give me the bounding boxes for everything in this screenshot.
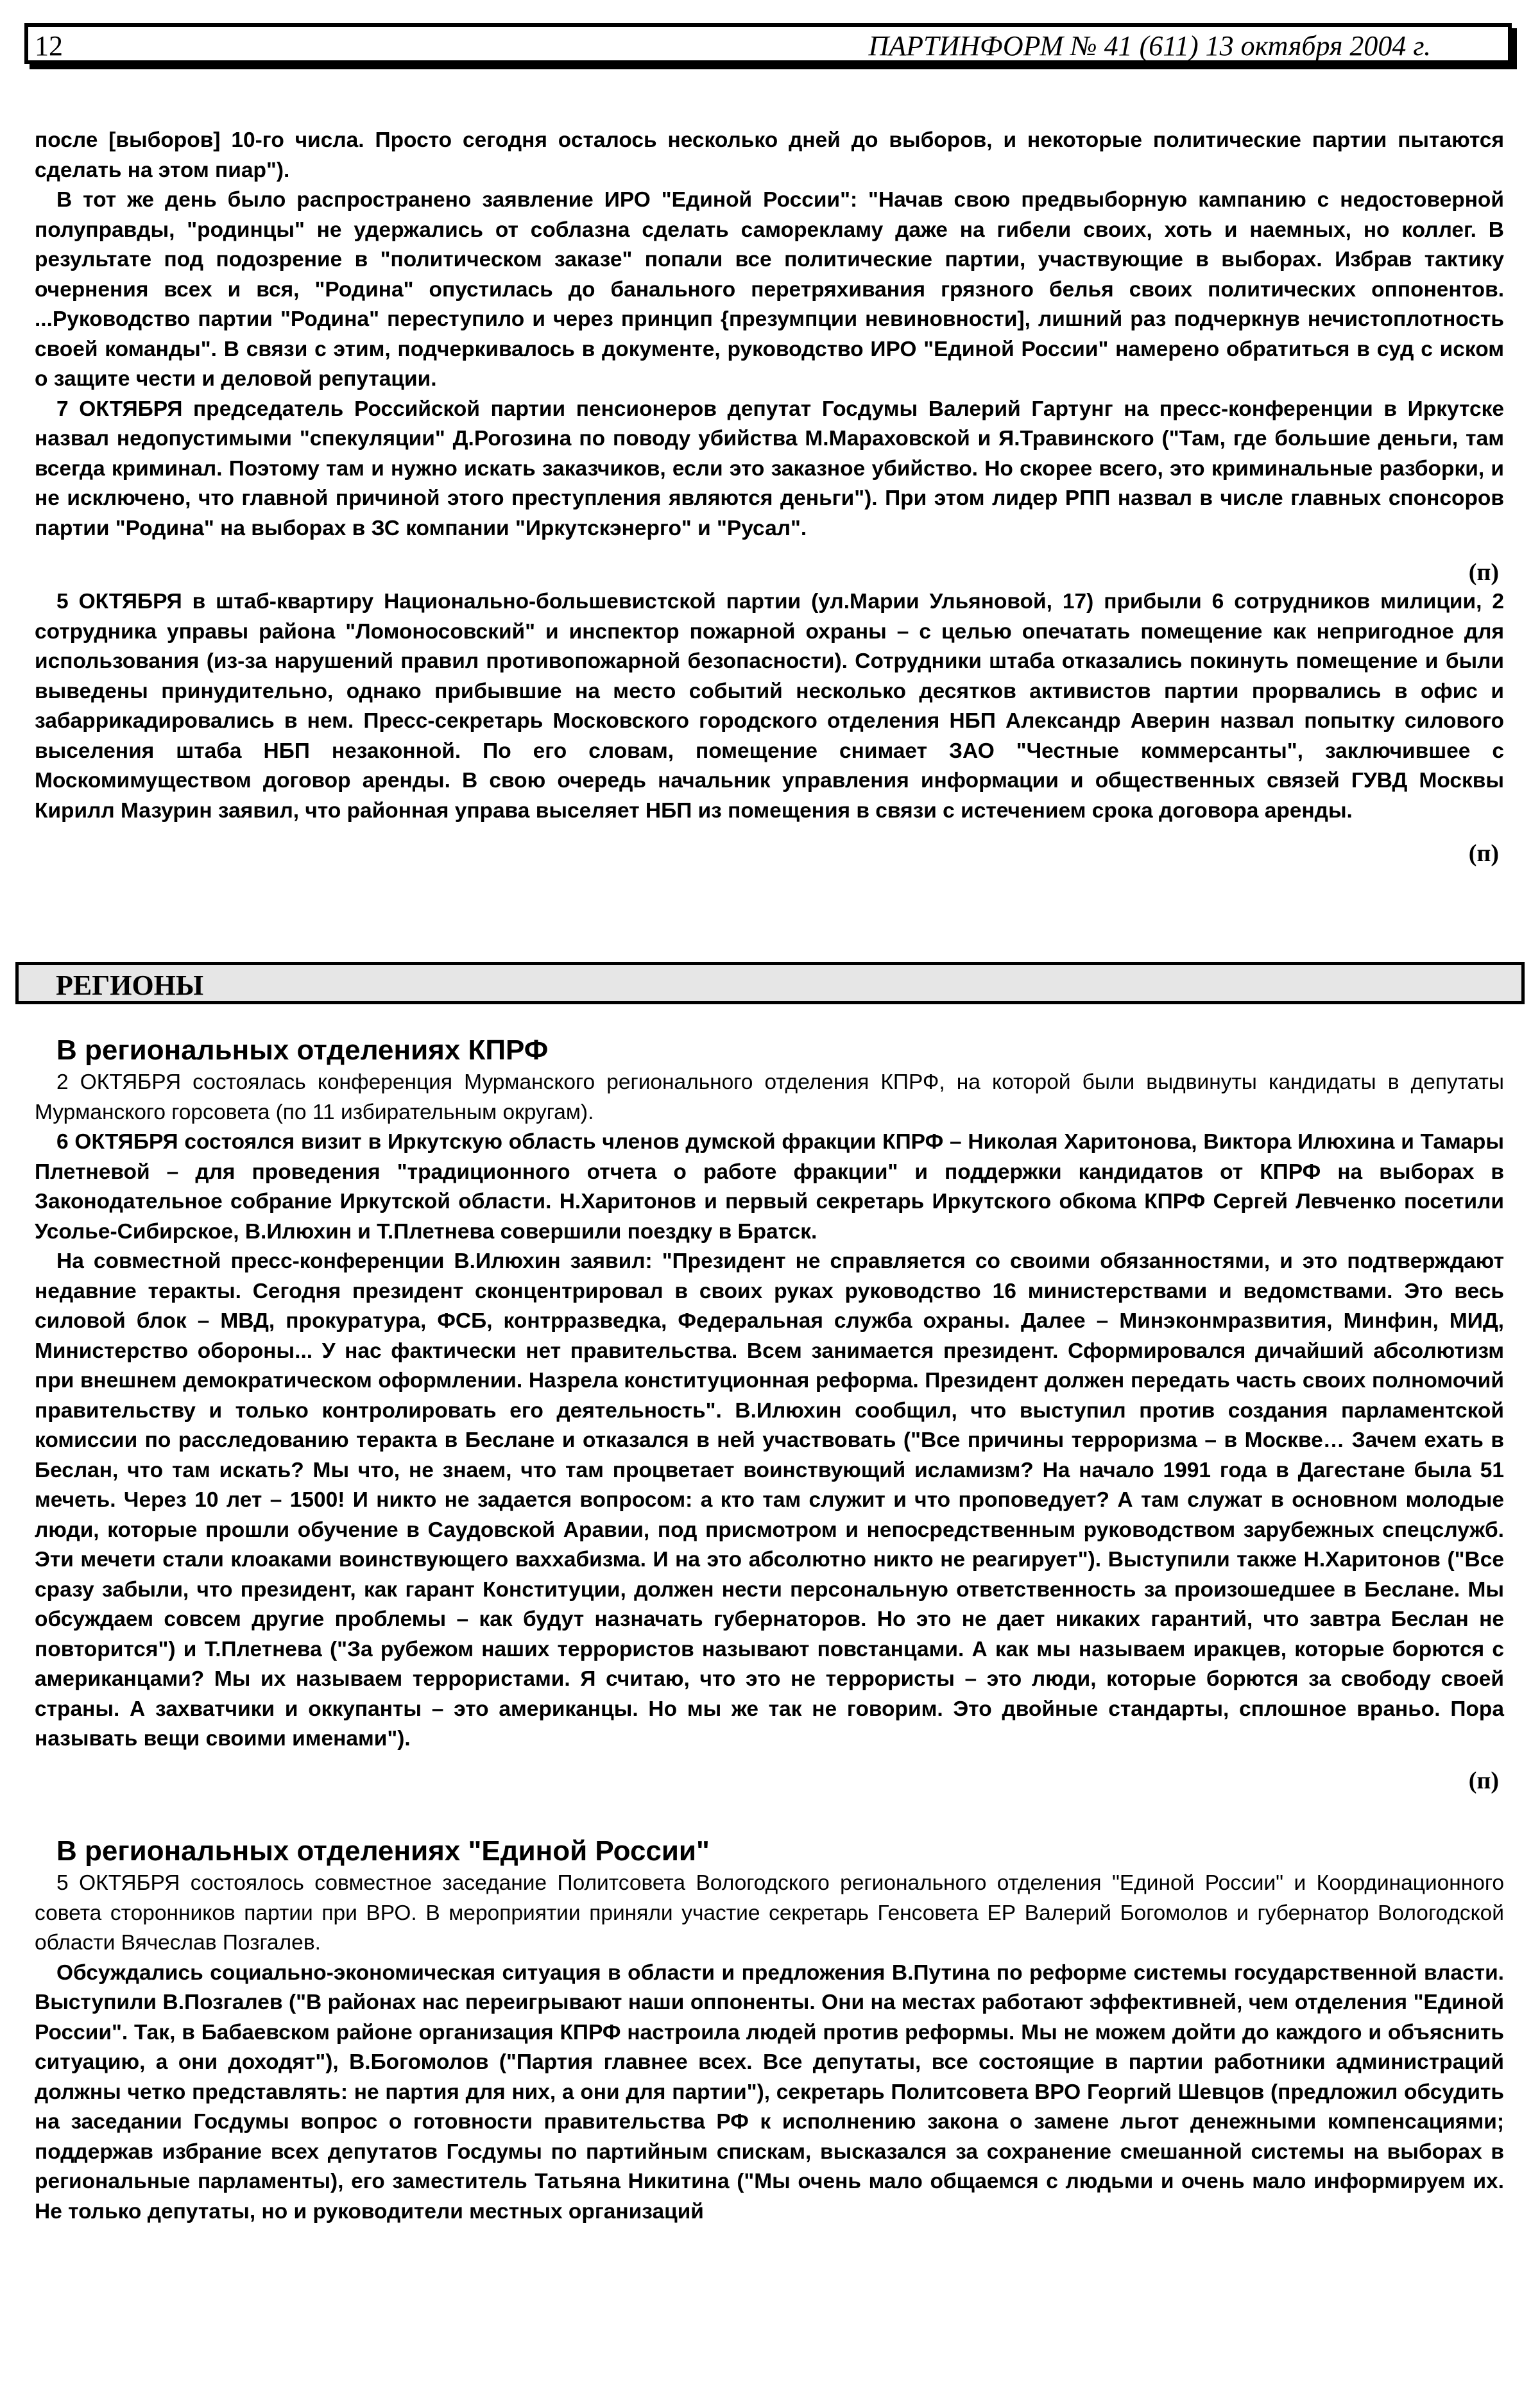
signature: (п) bbox=[35, 1766, 1504, 1795]
paragraph: Обсуждались социально-экономическая ситу… bbox=[35, 1958, 1504, 2227]
article-kprf: В региональных отделениях КПРФ 2 ОКТЯБРЯ… bbox=[35, 1033, 1504, 1795]
paragraph: На совместной пресс-конференции В.Илюхин… bbox=[35, 1247, 1504, 1754]
section-header-regions: РЕГИОНЫ bbox=[15, 962, 1525, 1004]
paragraph: после [выборов] 10-го числа. Просто сего… bbox=[35, 126, 1504, 185]
masthead: ПАРТИНФОРМ № 41 (611) 13 октября 2004 г. bbox=[868, 30, 1431, 63]
page-header: 12 ПАРТИНФОРМ № 41 (611) 13 октября 2004… bbox=[24, 23, 1512, 64]
article-er: В региональных отделениях "Единой России… bbox=[35, 1834, 1504, 2227]
paragraph: 7 ОКТЯБРЯ председатель Российской партии… bbox=[35, 395, 1504, 544]
paragraph: 2 ОКТЯБРЯ состоялась конференция Мурманс… bbox=[35, 1068, 1504, 1127]
article-heading: В региональных отделениях "Единой России… bbox=[35, 1834, 1504, 1869]
section-title: РЕГИОНЫ bbox=[56, 969, 203, 1002]
page-number: 12 bbox=[35, 30, 63, 63]
signature: (п) bbox=[35, 558, 1504, 587]
paragraph: 5 ОКТЯБРЯ состоялось совместное заседани… bbox=[35, 1869, 1504, 1958]
paragraph: 5 ОКТЯБРЯ в штаб-квартиру Национально-бо… bbox=[35, 587, 1504, 826]
signature: (п) bbox=[35, 839, 1504, 868]
paragraph: 6 ОКТЯБРЯ состоялся визит в Иркутскую об… bbox=[35, 1127, 1504, 1247]
article-top: после [выборов] 10-го числа. Просто сего… bbox=[35, 126, 1504, 868]
article-heading: В региональных отделениях КПРФ bbox=[35, 1033, 1504, 1068]
paragraph: В тот же день было распространено заявле… bbox=[35, 185, 1504, 395]
